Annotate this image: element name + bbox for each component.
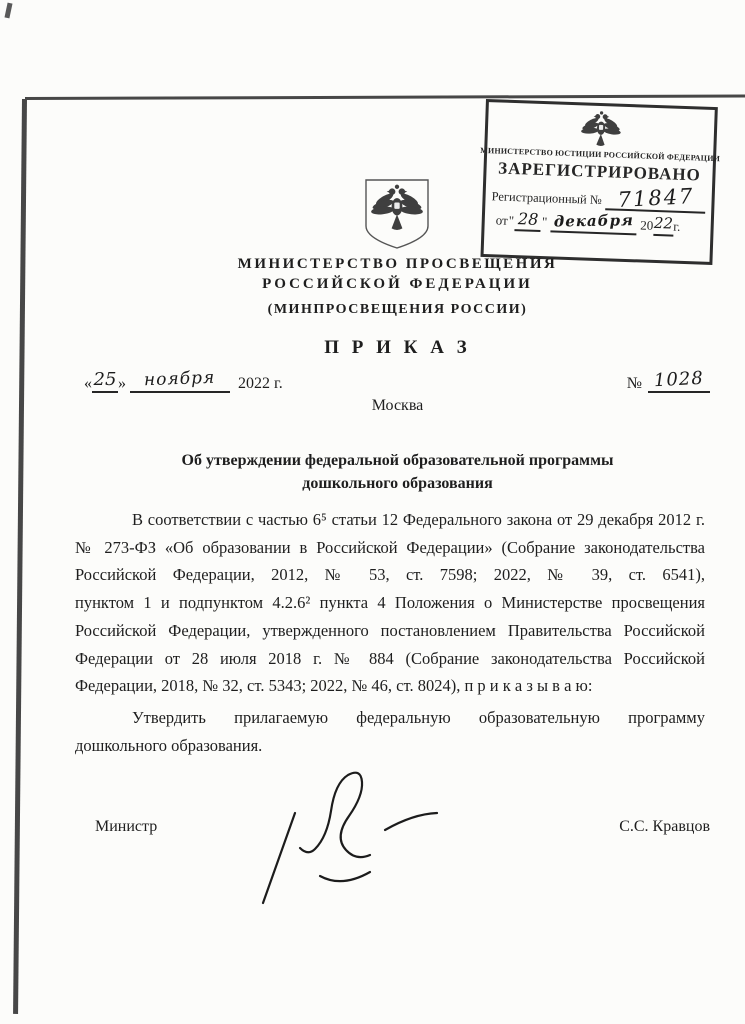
body-line: В соответствии с частью 6⁵ статьи 12 Фед…: [75, 506, 705, 534]
body-line: дошкольного образования.: [75, 732, 705, 760]
number-line: 1028: [648, 371, 710, 393]
stamp-date-day-line: 28: [515, 210, 542, 232]
order-title-line1: Об утверждении федеральной образовательн…: [75, 449, 720, 472]
signer-name: С.С. Кравцов: [619, 818, 710, 836]
document-page: МИНИСТЕРСТВО ЮСТИЦИИ РОССИЙСКОЙ ФЕДЕРАЦИ…: [0, 0, 745, 1024]
stamp-date-month: декабря: [553, 212, 633, 229]
date-year: 2022 г.: [238, 375, 283, 393]
stamp-reg-number-label: Регистрационный №: [491, 189, 602, 210]
body-line: Утвердить прилагаемую федеральную образо…: [75, 704, 705, 732]
body-line: № 273-ФЗ «Об образовании в Российской Фе…: [75, 534, 705, 562]
stamp-date-year-line: 22: [653, 215, 674, 237]
body-paragraph-2: Утвердить прилагаемую федеральную образо…: [75, 704, 705, 759]
body-line: Российской Федерации, 2012, № 53, ст. 75…: [75, 561, 705, 589]
scan-border-left: [13, 99, 27, 1014]
registration-stamp: МИНИСТЕРСТВО ЮСТИЦИИ РОССИЙСКОЙ ФЕДЕРАЦИ…: [480, 99, 717, 265]
stamp-date-month-line: декабря: [550, 211, 637, 235]
order-title: Об утверждении федеральной образовательн…: [75, 449, 720, 495]
body-line: Федерации, 2018, № 32, ст. 5343; 2022, №…: [75, 672, 705, 700]
stamp-date-year-printed: 20: [640, 217, 654, 235]
date-quote-close: »: [118, 375, 126, 393]
ministry-name-line1: МИНИСТЕРСТВО ПРОСВЕЩЕНИЯ: [75, 256, 720, 273]
ministry-short-name: (МИНПРОСВЕЩЕНИЯ РОССИИ): [75, 302, 720, 318]
stamp-date-prefix: от: [495, 212, 508, 230]
city-label: Москва: [75, 397, 720, 415]
body-paragraph-1: В соответствии с частью 6⁵ статьи 12 Фед…: [75, 506, 705, 700]
document-type-title: П Р И К А З: [75, 337, 720, 359]
date-quote-open: «: [84, 375, 92, 393]
date-day-line: 25: [92, 371, 118, 393]
number-value: 1028: [654, 370, 705, 391]
stamp-date-quote-close: ": [541, 214, 549, 232]
stamp-date-suffix: г.: [673, 219, 681, 237]
stamp-reg-number-line: 71847: [605, 186, 706, 213]
minister-signature-icon: [250, 760, 460, 915]
stamp-date-year-written: 22: [654, 214, 674, 233]
body-line: Федерации от 28 июля 2018 г. № 884 (Собр…: [75, 645, 705, 673]
document-number: № 1028: [627, 371, 710, 393]
date-month: ноября: [144, 370, 216, 389]
date-day: 25: [94, 369, 117, 390]
number-label: №: [627, 375, 642, 393]
signer-role: Министр: [95, 818, 157, 836]
ministry-name-line2: РОССИЙСКОЙ ФЕДЕРАЦИИ: [75, 276, 720, 293]
stamp-date-day: 28: [518, 209, 539, 229]
order-title-line2: дошкольного образования: [75, 472, 720, 495]
date-month-line: ноября: [130, 371, 230, 393]
body-line: Российской Федерации, утвержденного пост…: [75, 617, 705, 645]
stamp-reg-number-value: 71847: [617, 186, 695, 210]
body-line: пунктом 1 и подпунктом 4.2.6² пункта 4 П…: [75, 589, 705, 617]
coat-of-arms-emblem: [363, 178, 431, 250]
scan-border-top: [25, 94, 745, 100]
document-date: « 25 » ноября 2022 г.: [84, 371, 283, 393]
justice-eagle-icon: [575, 109, 626, 149]
stamp-registered-label: ЗАРЕГИСТРИРОВАНО: [498, 158, 701, 185]
scan-artifact-mark: [4, 3, 12, 19]
